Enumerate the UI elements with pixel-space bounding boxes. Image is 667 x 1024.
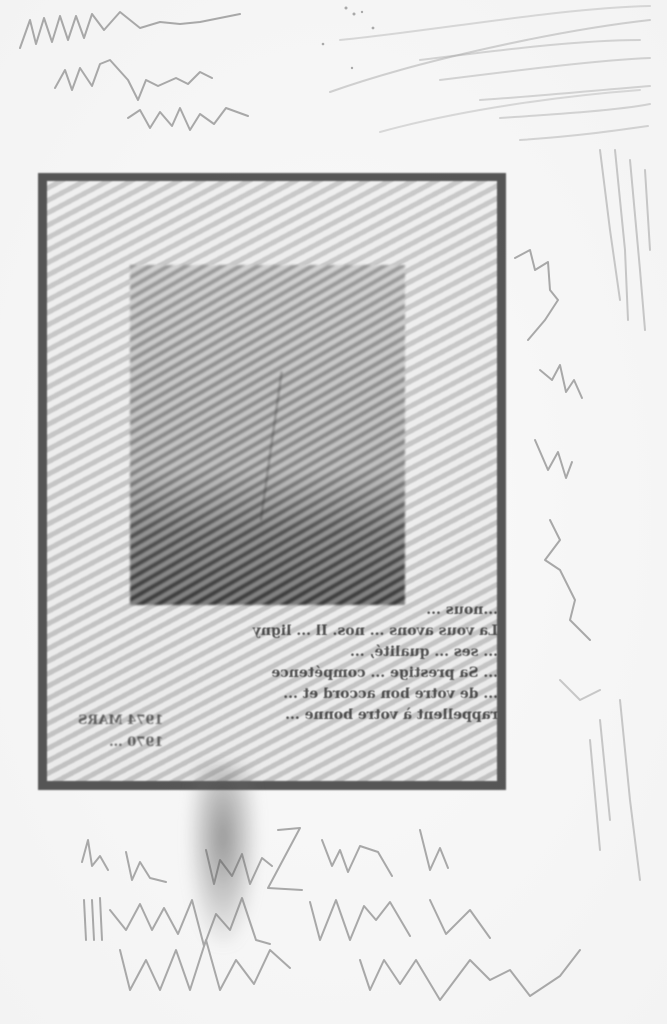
caption-line: ... de votre bon accord et ... xyxy=(118,684,498,705)
mirrored-dates: 1974 MARS 1970 ... xyxy=(78,710,163,754)
caption-line: ...nous ... xyxy=(118,600,498,621)
figure-silhouette xyxy=(260,371,342,528)
caption-line: ... ses ... qualité, ... xyxy=(118,642,498,663)
graphite-smudge xyxy=(188,765,258,945)
date-line: 1974 MARS xyxy=(78,710,163,732)
caption-line: La vous avons ... nos. Il ... ligny xyxy=(118,621,498,642)
transferred-photo xyxy=(130,265,405,605)
date-line: 1970 ... xyxy=(78,732,163,754)
caption-line: rappellent à votre bonne ... xyxy=(118,705,498,726)
graphite-transfer-print: ...nous ... La vous avons ... nos. Il ..… xyxy=(38,145,498,775)
mirrored-caption: ...nous ... La vous avons ... nos. Il ..… xyxy=(118,600,498,726)
caption-line: ... Sa prestige ... compétence xyxy=(118,663,498,684)
